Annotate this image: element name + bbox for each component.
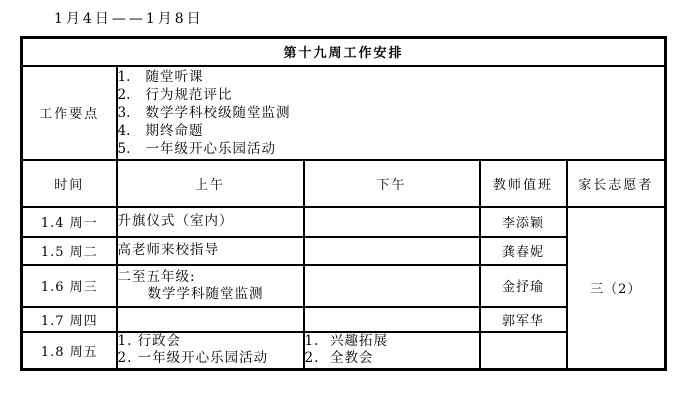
afternoon-cell <box>304 265 480 307</box>
time-cell: 1.8 周五 <box>22 332 117 370</box>
time-cell: 1.4 周一 <box>22 207 117 237</box>
title-row: 第十九周工作安排 <box>22 38 666 66</box>
morning-line: 升旗仪式（室内） <box>118 213 303 230</box>
work-point-text: 期终命题 <box>146 122 204 140</box>
morning-cell: 1. 行政会 2. 一年级开心乐园活动 <box>117 332 304 370</box>
work-point-item: 3. 数学学科校级随堂监测 <box>118 104 665 122</box>
time-cell: 1.5 周二 <box>22 237 117 265</box>
day-row-monday: 1.4 周一 升旗仪式（室内） 李添颖 三（2） <box>22 207 666 237</box>
time-cell: 1.7 周四 <box>22 307 117 332</box>
work-point-text: 一年级开心乐园活动 <box>146 140 277 158</box>
duty-cell: 李添颖 <box>480 207 567 237</box>
column-header-row: 时间 上午 下午 教师值班 家长志愿者 <box>22 160 666 207</box>
work-point-text: 行为规范评比 <box>146 86 233 104</box>
morning-cell: 升旗仪式（室内） <box>117 207 304 237</box>
work-points-list: 1. 随堂听课 2. 行为规范评比 3. 数学学科校级随堂监测 4. 期终命题 … <box>117 66 666 160</box>
work-point-item: 1. 随堂听课 <box>118 68 665 86</box>
afternoon-cell <box>304 207 480 237</box>
col-header-time: 时间 <box>22 160 117 207</box>
col-header-duty: 教师值班 <box>480 160 567 207</box>
table-title: 第十九周工作安排 <box>22 38 666 66</box>
work-point-item: 5. 一年级开心乐园活动 <box>118 140 665 158</box>
work-point-number: 3. <box>118 104 146 122</box>
afternoon-line: 1. 兴趣拓展 <box>305 333 479 350</box>
afternoon-cell <box>304 307 480 332</box>
col-header-afternoon: 下午 <box>304 160 480 207</box>
morning-line: 2. 一年级开心乐园活动 <box>118 350 303 367</box>
work-point-item: 2. 行为规范评比 <box>118 86 665 104</box>
work-point-text: 随堂听课 <box>146 68 204 86</box>
work-points-row: 工作要点 1. 随堂听课 2. 行为规范评比 3. 数学学科校级随堂监测 4. … <box>22 66 666 160</box>
duty-cell: 郭军华 <box>480 307 567 332</box>
duty-cell: 龚春妮 <box>480 237 567 265</box>
morning-line: 1. 行政会 <box>118 333 303 350</box>
work-point-number: 2. <box>118 86 146 104</box>
morning-line: 高老师来校指导 <box>118 242 303 259</box>
morning-cell <box>117 307 304 332</box>
work-point-number: 1. <box>118 68 146 86</box>
duty-cell: 金抒瑜 <box>480 265 567 307</box>
work-point-text: 数学学科校级随堂监测 <box>146 104 291 122</box>
col-header-volunteer: 家长志愿者 <box>567 160 666 207</box>
morning-line: 数学学科随堂监测 <box>118 286 303 303</box>
morning-line: 二至五年级: <box>118 269 303 286</box>
afternoon-cell: 1. 兴趣拓展 2. 全教会 <box>304 332 480 370</box>
time-cell: 1.6 周三 <box>22 265 117 307</box>
date-range-label: 1月4日——1月8日 <box>54 8 204 28</box>
morning-cell: 高老师来校指导 <box>117 237 304 265</box>
work-points-label: 工作要点 <box>22 66 117 160</box>
volunteer-cell: 三（2） <box>567 207 666 370</box>
work-point-number: 4. <box>118 122 146 140</box>
work-point-item: 4. 期终命题 <box>118 122 665 140</box>
duty-cell <box>480 332 567 370</box>
morning-cell: 二至五年级: 数学学科随堂监测 <box>117 265 304 307</box>
afternoon-cell <box>304 237 480 265</box>
work-point-number: 5. <box>118 140 146 158</box>
col-header-morning: 上午 <box>117 160 304 207</box>
weekly-schedule-table: 第十九周工作安排 工作要点 1. 随堂听课 2. 行为规范评比 3. 数学学科校… <box>20 36 667 371</box>
afternoon-line: 2. 全教会 <box>305 350 479 367</box>
